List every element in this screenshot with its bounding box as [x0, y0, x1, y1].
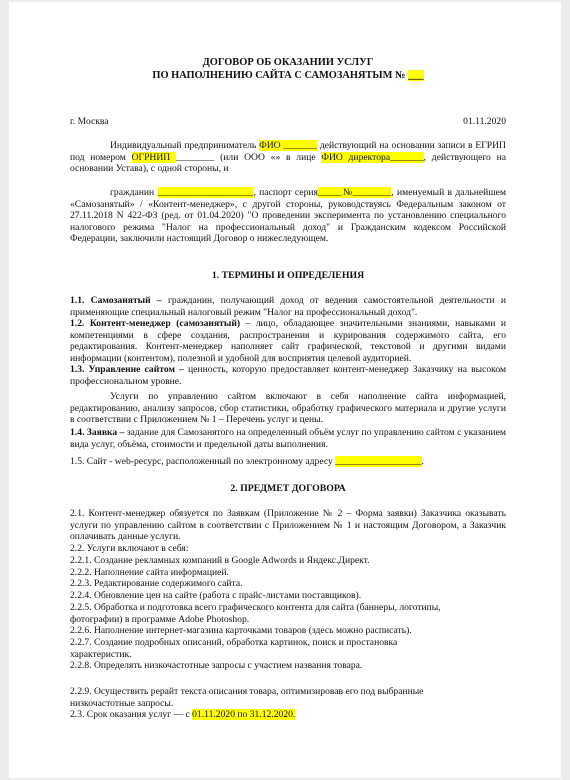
definition-1-3: 1.3. Управление сайтом – ценность, котор…: [70, 364, 506, 387]
citizen-name-blank[interactable]: ____________________: [158, 187, 254, 198]
party2-text: , паспорт серия: [253, 187, 317, 198]
definition-1-2: 1.2. Контент-менеджер (самозанятый) – ли…: [70, 318, 506, 364]
term-label: 1.2. Контент-менеджер (самозанятый): [70, 318, 240, 329]
clause-2-1: 2.1. Контент-менеджер обязуется по Заявк…: [70, 508, 506, 543]
term-text: задание для Самозанятого на определенный…: [70, 427, 506, 450]
service-item: 2.2.7. Создание подробных описаний, обра…: [70, 637, 430, 660]
title-line-2: ПО НАПОЛНЕНИЮ САЙТА С САМОЗАНЯТЫМ № ___: [70, 69, 506, 82]
title-line-2-text: ПО НАПОЛНЕНИЮ САЙТА С САМОЗАНЯТЫМ №: [152, 70, 408, 81]
site-address-blank[interactable]: __________________: [335, 456, 421, 467]
section1-heading: 1. ТЕРМИНЫ И ОПРЕДЕЛЕНИЯ: [70, 270, 506, 282]
contract-date: 01.11.2020: [463, 116, 506, 128]
definition-1-1: 1.1. Самозанятый – гражданин, получающий…: [70, 295, 506, 318]
service-item: 2.2.4. Обновление цен на сайте (работа с…: [70, 590, 506, 602]
clause-text: 2.3. Срок оказания услуг — с: [70, 709, 192, 720]
service-item: 2.2.3. Редактирование содержимого сайта.: [70, 578, 506, 590]
party1-text: Индивидуальный предприниматель: [110, 140, 259, 151]
party1-text: (или ООО «» в лице: [214, 152, 321, 163]
service-period[interactable]: 01.11.2020 по 31.12.2020.: [192, 709, 295, 720]
service-item: 2.2.6. Наполнение интернет-магазина карт…: [70, 625, 506, 637]
contract-title: ДОГОВОР ОБ ОКАЗАНИИ УСЛУГ ПО НАПОЛНЕНИЮ …: [70, 56, 506, 82]
clause-2-2: 2.2. Услуги включают в себя:: [70, 543, 506, 555]
service-item: 2.2.1. Создание рекламных компаний в Goo…: [70, 555, 506, 567]
title-line-1: ДОГОВОР ОБ ОКАЗАНИИ УСЛУГ: [70, 56, 506, 69]
passport-blank[interactable]: _____№________: [318, 187, 391, 198]
term-label: 1.4. Заявка –: [70, 427, 127, 438]
ogrnip-blank[interactable]: ________: [176, 152, 214, 163]
section2-heading: 2. ПРЕДМЕТ ДОГОВОРА: [70, 483, 506, 495]
director-field[interactable]: ФИО директора: [321, 152, 390, 163]
ogrnip-field[interactable]: ОГРНИП: [132, 152, 176, 163]
definition-1-5: 1.5. Сайт - web-ресурс, расположенный по…: [70, 456, 506, 468]
term-label: 1.3. Управление сайтом –: [70, 364, 188, 375]
definition-1-3-services: Услуги по управлению сайтом включают в с…: [70, 391, 506, 426]
clause-2-3: 2.3. Срок оказания услуг — с 01.11.2020 …: [70, 709, 506, 721]
service-item: 2.2.2. Наполнение сайта информацией.: [70, 567, 506, 579]
party2-text: гражданин: [110, 187, 158, 198]
service-item: 2.2.9. Осуществить рерайт текста описани…: [70, 686, 490, 709]
director-blank[interactable]: _______: [390, 152, 424, 163]
place-date-row: г. Москва 01.11.2020: [70, 116, 506, 128]
fio-field[interactable]: ФИО: [259, 140, 283, 151]
fio-blank[interactable]: _______: [283, 140, 317, 151]
service-item: 2.2.5. Обработка и подготовка всего граф…: [70, 602, 490, 625]
contract-number-blank[interactable]: ___: [408, 70, 424, 81]
city: г. Москва: [70, 116, 109, 128]
term-text: 1.5. Сайт - web-ресурс, расположенный по…: [70, 456, 335, 467]
term-label: 1.1. Самозанятый –: [70, 295, 168, 306]
definition-1-4: 1.4. Заявка – задание для Самозанятого н…: [70, 427, 506, 450]
party1-paragraph: Индивидуальный предприниматель ФИО _____…: [70, 140, 506, 175]
service-item: 2.2.8. Определять низкочастотные запросы…: [70, 660, 506, 672]
term-text: .: [422, 456, 424, 467]
party2-paragraph: гражданин ____________________, паспорт …: [70, 187, 506, 245]
document-page: ДОГОВОР ОБ ОКАЗАНИИ УСЛУГ ПО НАПОЛНЕНИЮ …: [9, 2, 561, 778]
